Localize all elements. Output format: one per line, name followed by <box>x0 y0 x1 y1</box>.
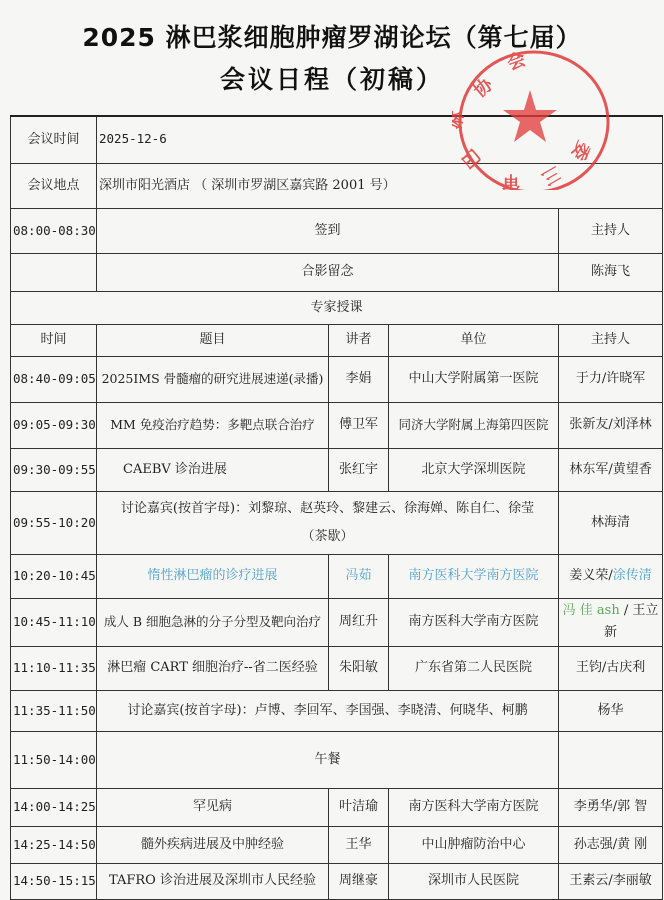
row-topic: 惰性淋巴瘤的诊疗进展 <box>97 554 329 598</box>
row-host: 王素云/李丽敏 <box>559 863 663 899</box>
col-header-topic: 题目 <box>97 324 329 356</box>
discussion-host: 林海清 <box>559 491 663 554</box>
row-topic: 成人 B 细胞急淋的分子分型及靶向治疗 <box>97 598 329 646</box>
signin-row: 08:00-08:30 签到 主持人 <box>11 208 663 253</box>
tea-break: （茶歇） <box>99 523 556 551</box>
row-host: 姜义荣/涂传清 <box>559 554 663 598</box>
lunch-label: 午餐 <box>97 731 559 788</box>
discussion-host: 杨华 <box>559 690 663 731</box>
row-speaker: 叶洁瑜 <box>329 788 389 826</box>
discussion-guests: 讨论嘉宾(按首字母)：卢博、李回军、李国强、李晓清、何晓华、柯鹏 <box>97 690 559 731</box>
host-name-a: 冯 佳 ash <box>563 603 620 618</box>
row-host: 孙志强/黄 刚 <box>559 826 663 863</box>
date-text: 2025-12-6 <box>99 131 167 146</box>
row-unit: 北京大学深圳医院 <box>389 448 559 491</box>
photo-label: 合影留念 <box>97 253 559 291</box>
row-unit: 南方医科大学南方医院 <box>389 554 559 598</box>
table-row: 09:05-09:30 MM 免疫治疗趋势：多靶点联合治疗 傅卫军 同济大学附属… <box>11 402 663 448</box>
table-row: 08:40-09:05 2025IMS 骨髓瘤的研究进展速递(录播) 李娟 中山… <box>11 356 663 402</box>
col-header-unit: 单位 <box>389 324 559 356</box>
host-name-b: 涂传清 <box>613 568 652 583</box>
row-time: 10:45-11:10 <box>11 598 97 646</box>
row-speaker: 张红宇 <box>329 448 389 491</box>
row-topic: 髓外疾病进展及中肿经验 <box>97 826 329 863</box>
row-time: 14:25-14:50 <box>11 826 97 863</box>
row-time: 14:50-15:15 <box>11 863 97 899</box>
row-host: 李勇华/郭 智 <box>559 788 663 826</box>
schedule-table: 会议时间 2025-12-6 会议地点 深圳市阳光酒店 （ 深圳市罗湖区嘉宾路 … <box>10 115 663 900</box>
row-time: 09:30-09:55 <box>11 448 97 491</box>
row-speaker: 冯茹 <box>329 554 389 598</box>
discussion-cell: 讨论嘉宾(按首字母)：刘黎琼、赵英玲、黎建云、徐海婵、陈自仁、徐莹 （茶歇） <box>97 491 559 554</box>
row-time: 11:10-11:35 <box>11 646 97 690</box>
table-row: 14:25-14:50 髓外疾病进展及中肿经验 王华 中山肿瘤防治中心 孙志强/… <box>11 826 663 863</box>
row-unit: 深圳市人民医院 <box>389 863 559 899</box>
lunch-host <box>559 731 663 788</box>
row-host: 冯 佳 ash / 王立新 <box>559 598 663 646</box>
discussion-time: 09:55-10:20 <box>11 491 97 554</box>
document-subtitle: 会议日程（初稿） <box>0 60 664 96</box>
table-row: 11:10-11:35 淋巴瘤 CART 细胞治疗--省二医经验 朱阳敏 广东省… <box>11 646 663 690</box>
table-row: 09:30-09:55 CAEBV 诊治进展 张红宇 北京大学深圳医院 林东军/… <box>11 448 663 491</box>
host-name-a: 姜义荣/ <box>569 568 612 583</box>
row-topic: CAEBV 诊治进展 <box>97 448 329 491</box>
row-speaker: 王华 <box>329 826 389 863</box>
row-time: 14:00-14:25 <box>11 788 97 826</box>
row-host: 王钧/古庆利 <box>559 646 663 690</box>
info-row-place: 会议地点 深圳市阳光酒店 （ 深圳市罗湖区嘉宾路 2001 号） <box>11 163 663 208</box>
section-row: 专家授课 <box>11 291 663 324</box>
col-header-speaker: 讲者 <box>329 324 389 356</box>
discussion-guests: 讨论嘉宾(按首字母)：刘黎琼、赵英玲、黎建云、徐海婵、陈自仁、徐莹 <box>99 495 556 523</box>
row-unit: 南方医科大学南方医院 <box>389 598 559 646</box>
row-host: 张新友/刘泽林 <box>559 402 663 448</box>
col-header-time: 时间 <box>11 324 97 356</box>
row-topic: 淋巴瘤 CART 细胞治疗--省二医经验 <box>97 646 329 690</box>
row-time: 08:40-09:05 <box>11 356 97 402</box>
row-host: 林东军/黄望香 <box>559 448 663 491</box>
row-unit: 中山大学附属第一医院 <box>389 356 559 402</box>
table-row: 10:45-11:10 成人 B 细胞急淋的分子分型及靶向治疗 周红升 南方医科… <box>11 598 663 646</box>
host-label: 主持人 <box>559 208 663 253</box>
row-unit: 同济大学附属上海第四医院 <box>389 402 559 448</box>
row-topic: TAFRO 诊治进展及深圳市人民经验 <box>97 863 329 899</box>
discussion-row: 11:35-11:50 讨论嘉宾(按首字母)：卢博、李回军、李国强、李晓清、何晓… <box>11 690 663 731</box>
row-topic: 罕见病 <box>97 788 329 826</box>
info-row-time: 会议时间 2025-12-6 <box>11 116 663 163</box>
row-speaker: 朱阳敏 <box>329 646 389 690</box>
row-topic: MM 免疫治疗趋势：多靶点联合治疗 <box>97 402 329 448</box>
row-host: 于力/许晓军 <box>559 356 663 402</box>
row-unit: 南方医科大学南方医院 <box>389 788 559 826</box>
document-title: 2025 淋巴浆细胞肿瘤罗湖论坛（第七届） <box>0 18 664 54</box>
row-unit: 中山肿瘤防治中心 <box>389 826 559 863</box>
photo-host: 陈海飞 <box>559 253 663 291</box>
row-unit: 广东省第二人民医院 <box>389 646 559 690</box>
lunch-row: 11:50-14:00 午餐 <box>11 731 663 788</box>
discussion-time: 11:35-11:50 <box>11 690 97 731</box>
row-speaker: 周红升 <box>329 598 389 646</box>
time-label: 会议时间 <box>11 116 97 163</box>
lunch-time: 11:50-14:00 <box>11 731 97 788</box>
col-header-host: 主持人 <box>559 324 663 356</box>
table-row: 10:20-10:45 惰性淋巴瘤的诊疗进展 冯茹 南方医科大学南方医院 姜义荣… <box>11 554 663 598</box>
discussion-row: 09:55-10:20 讨论嘉宾(按首字母)：刘黎琼、赵英玲、黎建云、徐海婵、陈… <box>11 491 663 554</box>
row-speaker: 傅卫军 <box>329 402 389 448</box>
time-value: 2025-12-6 <box>97 116 663 163</box>
row-topic: 2025IMS 骨髓瘤的研究进展速递(录播) <box>97 356 329 402</box>
photo-time <box>11 253 97 291</box>
place-label: 会议地点 <box>11 163 97 208</box>
section-title: 专家授课 <box>11 291 663 324</box>
row-speaker: 周继豪 <box>329 863 389 899</box>
table-row: 14:50-15:15 TAFRO 诊治进展及深圳市人民经验 周继豪 深圳市人民… <box>11 863 663 899</box>
photo-row: 合影留念 陈海飞 <box>11 253 663 291</box>
table-row: 14:00-14:25 罕见病 叶洁瑜 南方医科大学南方医院 李勇华/郭 智 <box>11 788 663 826</box>
row-time: 10:20-10:45 <box>11 554 97 598</box>
row-time: 09:05-09:30 <box>11 402 97 448</box>
signin-time: 08:00-08:30 <box>11 208 97 253</box>
row-speaker: 李娟 <box>329 356 389 402</box>
place-value: 深圳市阳光酒店 （ 深圳市罗湖区嘉宾路 2001 号） <box>97 163 663 208</box>
signin-label: 签到 <box>97 208 559 253</box>
column-header-row: 时间 题目 讲者 单位 主持人 <box>11 324 663 356</box>
